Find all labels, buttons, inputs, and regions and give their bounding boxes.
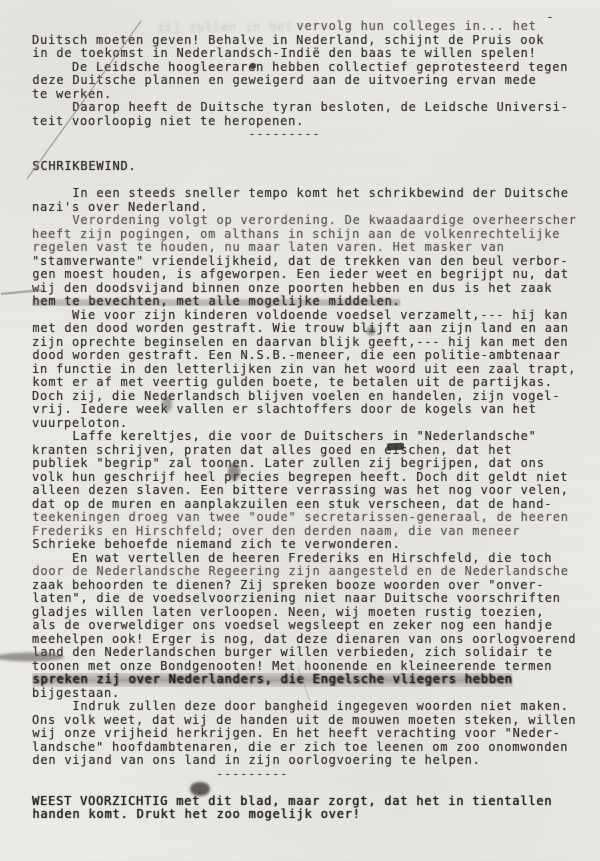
text-line: spreken zij over Nederlanders, die Engel… — [32, 673, 512, 687]
text-line: den vijand van ons land in zijn oorlogvo… — [32, 754, 592, 768]
text-line: Ons volk weet, dat wij de handen uit de … — [32, 714, 592, 728]
text-line: Daarop heeft de Duitsche tyran besloten,… — [32, 101, 592, 115]
text-line: Indruk zullen deze door bangheid ingegev… — [32, 700, 592, 714]
text-line: land den Nederlandschen burger willen ve… — [32, 646, 592, 660]
text-line: zaak behoorden te dienen? Zij spreken bo… — [32, 579, 592, 593]
pamphlet-page: - zij zullen in het vervolg hun colleges… — [0, 0, 600, 861]
text-line: te werken. — [32, 88, 592, 102]
text-line: De Leidsche hoogleeraren hebben collecti… — [32, 61, 592, 75]
text-line: dat op de muren en aanplakzuilen een stu… — [32, 498, 592, 512]
text-line: toonen met onze Bondgenooten! Met hoonen… — [32, 660, 592, 674]
text-line: Doch zij, die Nederlandsch blijven voele… — [32, 390, 592, 404]
text-line: nazi's over Nederland. — [32, 201, 592, 215]
text-line: landsche" hoofdambtenaren, die er zich t… — [32, 741, 592, 755]
text-line: bijgestaan. — [32, 687, 592, 701]
text-line: komt er af met veertig gulden boete, te … — [32, 376, 592, 390]
separator-line: --------- — [32, 128, 592, 142]
text-line: deze Duitsche plannen en geweigerd aan d… — [32, 74, 592, 88]
text-line: vrij. Iedere week vallen er slachtoffers… — [32, 403, 592, 417]
section-heading: SCHRIKBEWIND. — [32, 160, 592, 174]
text-line: teit voorloopig niet te heropenen. — [32, 115, 592, 129]
text-line: Duitsch moeten geven! Behalve in Nederla… — [32, 34, 592, 48]
text-line: WEEST VOORZICHTIG met dit blad, maar zor… — [32, 795, 592, 809]
text-line: dood worden gestraft. Een N.S.B.-meneer,… — [32, 349, 592, 363]
text-line: handen komt. Drukt het zoo mogelijk over… — [32, 808, 592, 822]
text-line: volk hun geschrijf heel precies begrepen… — [32, 471, 592, 485]
text-line — [32, 781, 592, 795]
text-line: Schrieke behoefde niemand zich te verwon… — [32, 538, 592, 552]
text-line: heeft zijn pogingen, om althans in schij… — [32, 228, 592, 242]
text-line: Verordening volgt op verordening. De kwa… — [32, 214, 592, 228]
text-line: wij den doodsvijand binnen onze poorten … — [32, 282, 592, 296]
separator-line: --------- — [32, 768, 592, 782]
text-line: in functie in den letterlijken zin van h… — [32, 363, 592, 377]
text-line: wij onze vrijheid herkrijgen. En het hee… — [32, 727, 592, 741]
text-line: vuurpeloton. — [32, 417, 592, 431]
text-line: door de Nederlandsche Regeering zijn aan… — [32, 565, 592, 579]
text-line: regelen vast te houden, nu maar laten va… — [32, 241, 592, 255]
text-line — [32, 142, 592, 156]
text-line: Frederiks en Hirschfeld; over den derden… — [32, 525, 592, 539]
text-line: hem te bevechten, met alle mogelijke mid… — [32, 295, 400, 309]
text-line: In een steeds sneller tempo komt het sch… — [32, 187, 592, 201]
text-line: Wie voor zijn kinderen voldoende voedsel… — [32, 309, 592, 323]
text-line — [32, 174, 592, 188]
document-lines: vervolg hun colleges in... hetDuitsch mo… — [0, 0, 600, 822]
text-line: vervolg hun colleges in... het — [32, 20, 592, 34]
text-line: Laffe kereltjes, die voor de Duitschers … — [32, 430, 592, 444]
text-line: als de overweldiger ons voedsel wegsleep… — [32, 619, 592, 633]
text-line: gen moest houden, is afgeworpen. Een ied… — [32, 268, 592, 282]
text-line: laten", die de voedselvoorziening niet n… — [32, 592, 592, 606]
text-line: gladjes willen laten verloopen. Neen, wi… — [32, 606, 592, 620]
text-line: kranten schrijven, praten dat alles goed… — [32, 444, 592, 458]
text-line: met den dood worden gestraft. Wie trouw … — [32, 322, 592, 336]
text-line: meehelpen ook! Erger is nog, dat deze di… — [32, 633, 592, 647]
text-line: "stamverwante" vriendelijkheid, dat de t… — [32, 255, 592, 269]
text-line: publiek "begrip" zal toonen. Later zulle… — [32, 457, 592, 471]
text-line: En wat vertellen de heeren Frederiks en … — [32, 552, 592, 566]
text-line: zijn oprechte beginselen en daarvan blij… — [32, 336, 592, 350]
text-line: alleen dezen slaven. Een bittere verrass… — [32, 484, 592, 498]
text-line: in de toekomst in Nederlandsch-Indië den… — [32, 47, 592, 61]
text-line: teekeningen droeg van twee "oude" secret… — [32, 511, 592, 525]
